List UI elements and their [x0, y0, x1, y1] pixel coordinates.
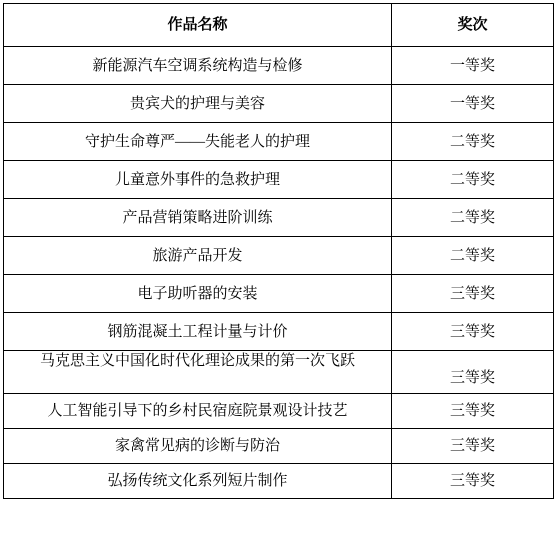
- work-name-cell: 新能源汽车空调系统构造与检修: [4, 47, 392, 85]
- table-row: 人工智能引导下的乡村民宿庭院景观设计技艺 三等奖: [4, 394, 554, 429]
- award-cell: 三等奖: [392, 429, 554, 464]
- table-row: 电子助听器的安装 三等奖: [4, 275, 554, 313]
- work-name-cell: 贵宾犬的护理与美容: [4, 85, 392, 123]
- table-row: 守护生命尊严——失能老人的护理 二等奖: [4, 123, 554, 161]
- award-cell: 二等奖: [392, 237, 554, 275]
- award-cell: 三等奖: [392, 394, 554, 429]
- work-name-cell: 家禽常见病的诊断与防治: [4, 429, 392, 464]
- work-name-cell: 电子助听器的安装: [4, 275, 392, 313]
- table-row: 新能源汽车空调系统构造与检修 一等奖: [4, 47, 554, 85]
- work-name-cell: 人工智能引导下的乡村民宿庭院景观设计技艺: [4, 394, 392, 429]
- work-name-cell: 马克思主义中国化时代化理论成果的第一次飞跃: [4, 351, 392, 394]
- header-row: 作品名称 奖次: [4, 4, 554, 47]
- work-name-cell: 儿童意外事件的急救护理: [4, 161, 392, 199]
- table-row: 马克思主义中国化时代化理论成果的第一次飞跃 三等奖: [4, 351, 554, 394]
- table-body: 新能源汽车空调系统构造与检修 一等奖 贵宾犬的护理与美容 一等奖 守护生命尊严—…: [4, 47, 554, 499]
- award-cell: 一等奖: [392, 85, 554, 123]
- award-cell: 三等奖: [392, 464, 554, 499]
- table-header: 作品名称 奖次: [4, 4, 554, 47]
- table-row: 旅游产品开发 二等奖: [4, 237, 554, 275]
- table-row: 家禽常见病的诊断与防治 三等奖: [4, 429, 554, 464]
- table-row: 弘扬传统文化系列短片制作 三等奖: [4, 464, 554, 499]
- award-cell: 三等奖: [392, 313, 554, 351]
- work-name-cell: 守护生命尊严——失能老人的护理: [4, 123, 392, 161]
- awards-table: 作品名称 奖次 新能源汽车空调系统构造与检修 一等奖 贵宾犬的护理与美容 一等奖…: [3, 3, 554, 499]
- award-cell: 二等奖: [392, 123, 554, 161]
- work-name-cell: 产品营销策略进阶训练: [4, 199, 392, 237]
- table-row: 钢筋混凝土工程计量与计价 三等奖: [4, 313, 554, 351]
- column-header-award: 奖次: [392, 4, 554, 47]
- award-cell: 二等奖: [392, 161, 554, 199]
- work-name-cell: 旅游产品开发: [4, 237, 392, 275]
- table-row: 贵宾犬的护理与美容 一等奖: [4, 85, 554, 123]
- document-page: 作品名称 奖次 新能源汽车空调系统构造与检修 一等奖 贵宾犬的护理与美容 一等奖…: [0, 0, 557, 554]
- award-cell: 三等奖: [392, 351, 554, 394]
- work-name-cell: 钢筋混凝土工程计量与计价: [4, 313, 392, 351]
- column-header-work-name: 作品名称: [4, 4, 392, 47]
- award-cell: 二等奖: [392, 199, 554, 237]
- award-cell: 三等奖: [392, 275, 554, 313]
- work-name-cell: 弘扬传统文化系列短片制作: [4, 464, 392, 499]
- award-cell: 一等奖: [392, 47, 554, 85]
- table-row: 儿童意外事件的急救护理 二等奖: [4, 161, 554, 199]
- table-row: 产品营销策略进阶训练 二等奖: [4, 199, 554, 237]
